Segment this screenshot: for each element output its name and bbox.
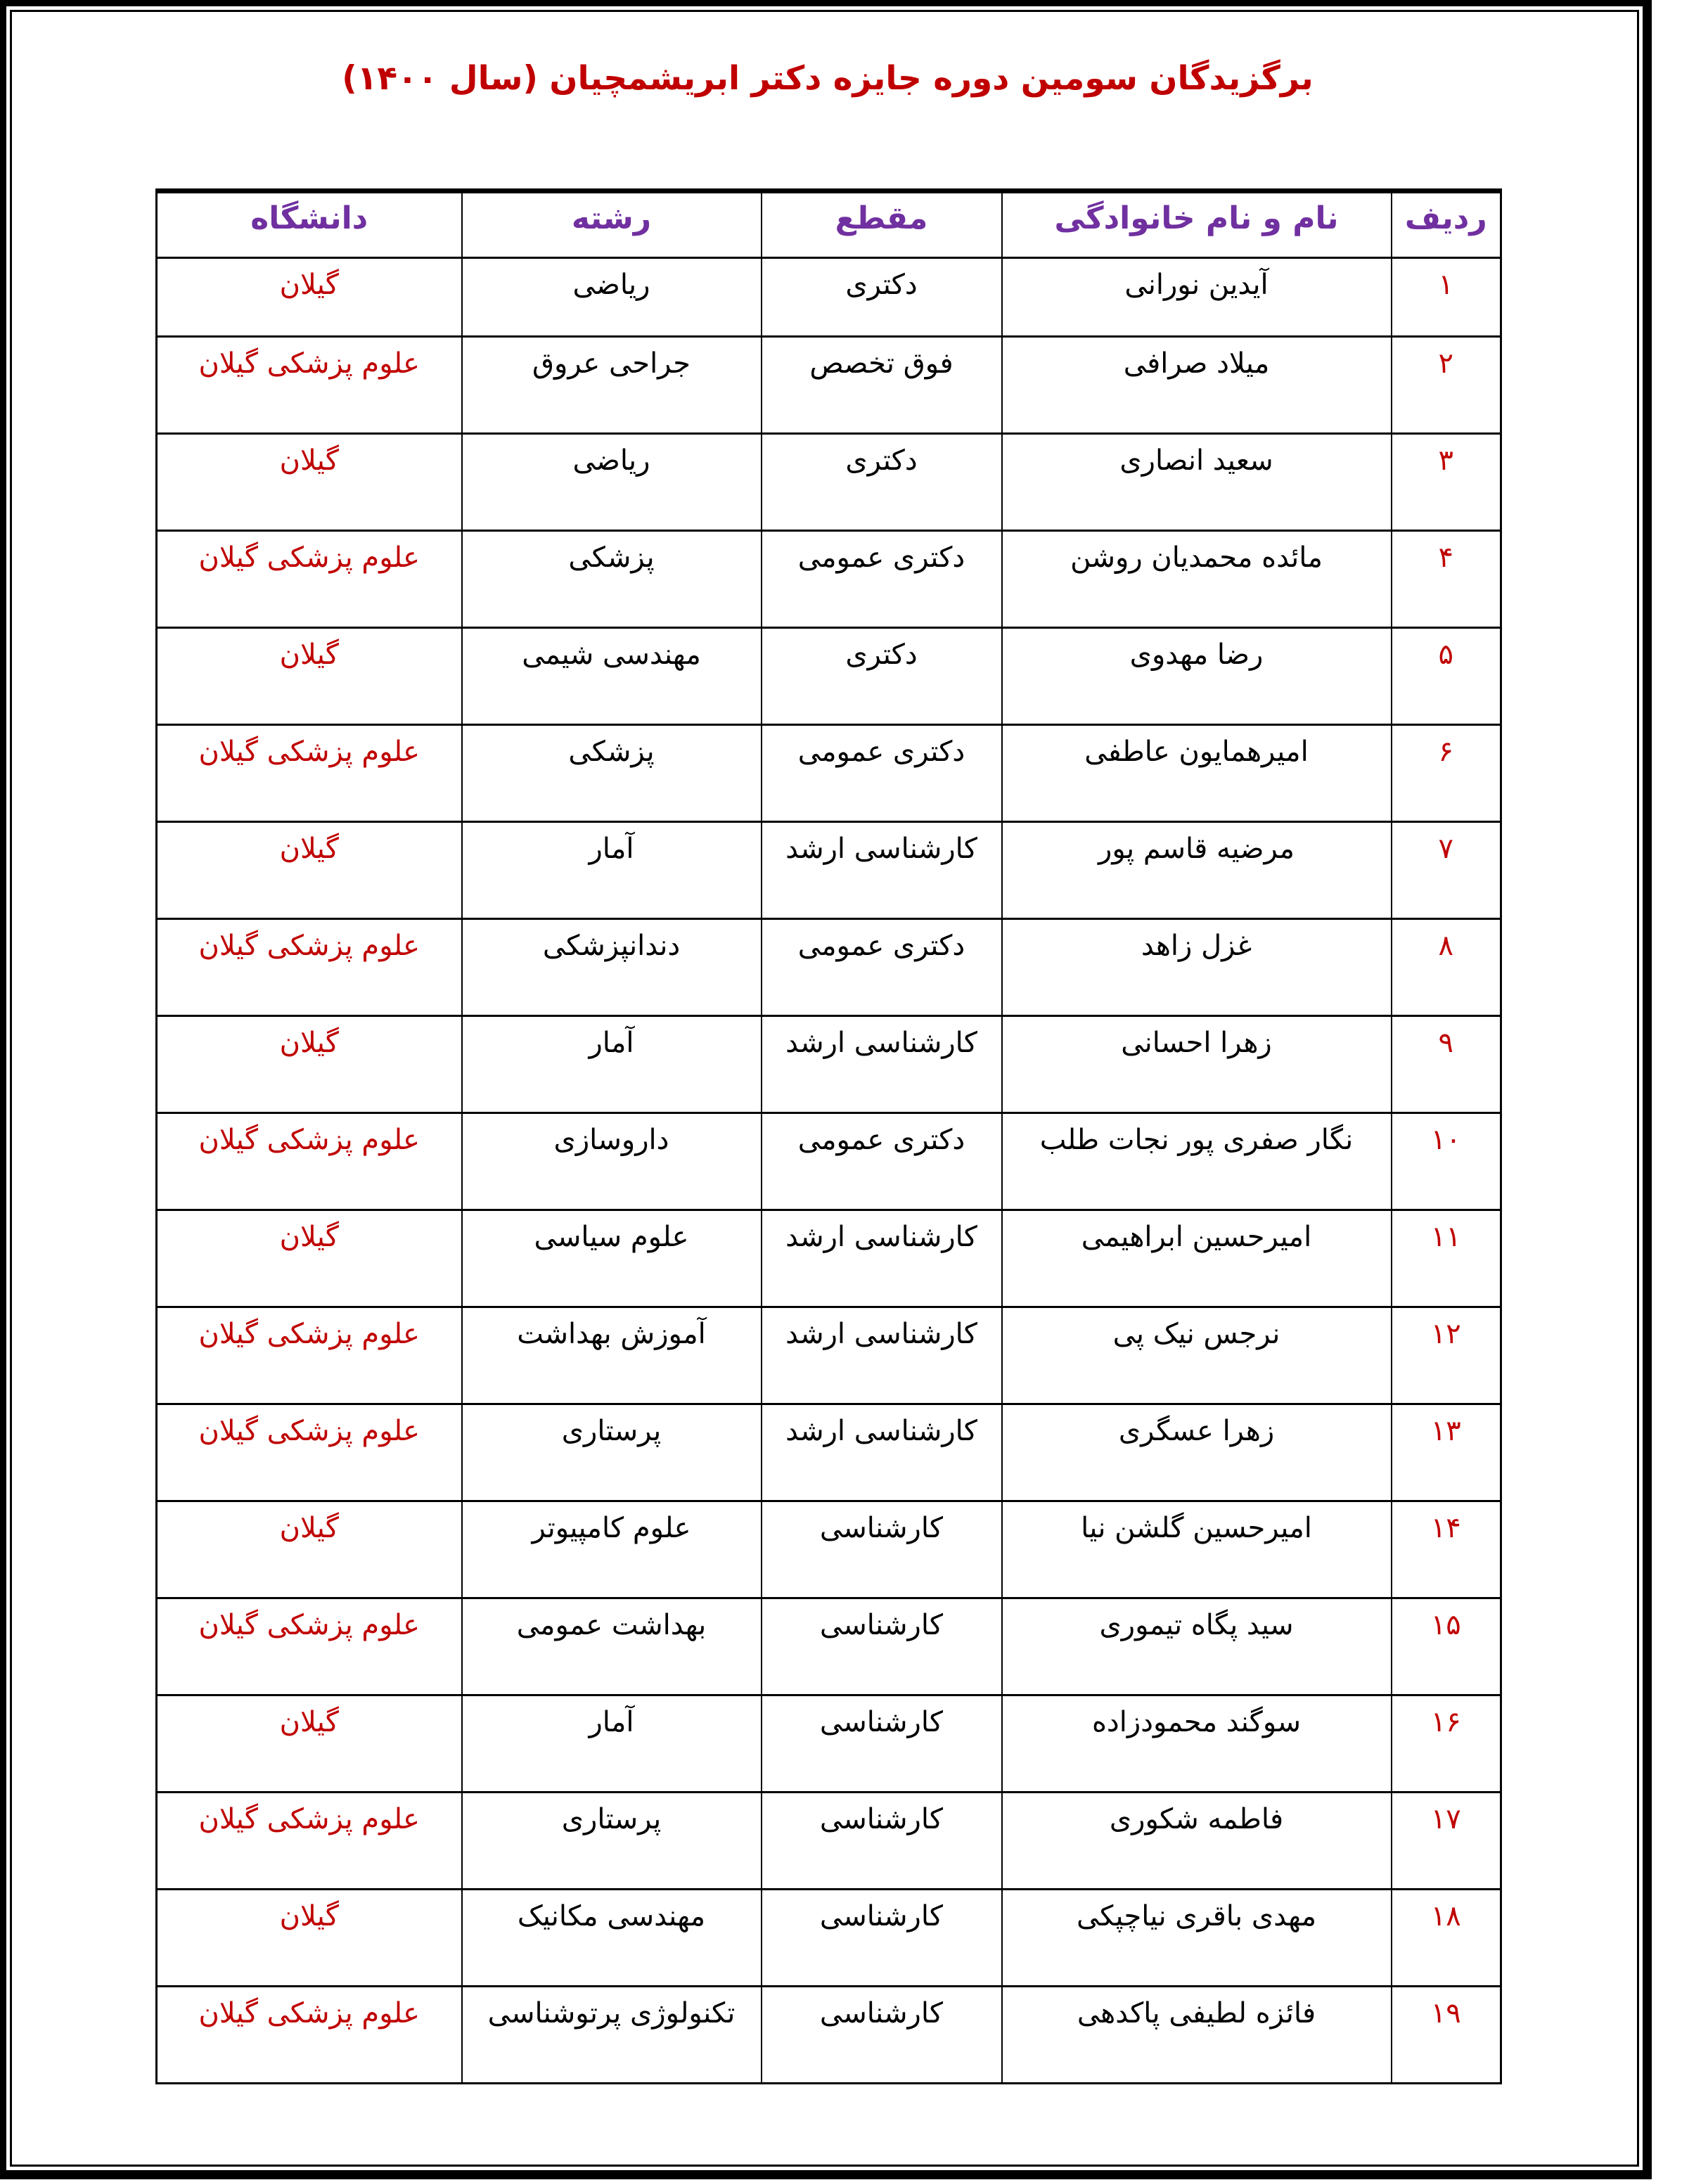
row-number-cell: ۱۸ (1392, 1890, 1501, 1987)
table-body: ۱ آیدین نورانی دکتری ریاضی گیلان ۲ میلاد… (157, 258, 1501, 2084)
major-cell: تکنولوژی پرتوشناسی (462, 1987, 762, 2084)
full-name-cell: زهرا عسگری (1002, 1404, 1392, 1501)
university-cell: علوم پزشکی گیلان (157, 1113, 462, 1210)
full-name-cell: نرجس نیک پی (1002, 1307, 1392, 1404)
full-name-cell: فائزه لطیفی پاکدهی (1002, 1987, 1392, 2084)
full-name-cell: سید پگاه تیموری (1002, 1598, 1392, 1695)
table-row: ۶ امیرهمایون عاطفی دکتری عمومی پزشکی علو… (157, 725, 1501, 822)
university-cell: گیلان (157, 1501, 462, 1598)
university-cell: علوم پزشکی گیلان (157, 337, 462, 434)
table-row: ۱۰ نگار صفری پور نجات طلب دکتری عمومی دا… (157, 1113, 1501, 1210)
table-row: ۱۵ سید پگاه تیموری کارشناسی بهداشت عمومی… (157, 1598, 1501, 1695)
degree-cell: دکتری (762, 434, 1002, 531)
full-name-cell: امیرحسین گلشن نیا (1002, 1501, 1392, 1598)
degree-cell: دکتری عمومی (762, 725, 1002, 822)
table-header-row: ردیف نام و نام خانوادگی مقطع رشته دانشگا… (157, 191, 1501, 258)
row-number-cell: ۳ (1392, 434, 1501, 531)
row-number-cell: ۱۲ (1392, 1307, 1501, 1404)
degree-cell: کارشناسی ارشد (762, 1210, 1002, 1307)
table-row: ۷ مرضیه قاسم پور کارشناسی ارشد آمار گیلا… (157, 822, 1501, 919)
university-cell: گیلان (157, 434, 462, 531)
full-name-cell: مرضیه قاسم پور (1002, 822, 1392, 919)
university-cell: علوم پزشکی گیلان (157, 1598, 462, 1695)
full-name-cell: امیرهمایون عاطفی (1002, 725, 1392, 822)
major-cell: آمار (462, 1695, 762, 1793)
full-name-cell: مائده محمدیان روشن (1002, 531, 1392, 628)
full-name-cell: فاطمه شکوری (1002, 1793, 1392, 1890)
full-name-cell: امیرحسین ابراهیمی (1002, 1210, 1392, 1307)
degree-cell: دکتری عمومی (762, 1113, 1002, 1210)
degree-cell: کارشناسی (762, 1987, 1002, 2084)
full-name-cell: آیدین نورانی (1002, 258, 1392, 337)
major-cell: علوم کامپیوتر (462, 1501, 762, 1598)
major-cell: مهندسی شیمی (462, 628, 762, 725)
table-row: ۱۲ نرجس نیک پی کارشناسی ارشد آموزش بهداش… (157, 1307, 1501, 1404)
full-name-cell: رضا مهدوی (1002, 628, 1392, 725)
university-cell: گیلان (157, 1210, 462, 1307)
winners-table: ردیف نام و نام خانوادگی مقطع رشته دانشگا… (155, 188, 1502, 2084)
major-cell: مهندسی مکانیک (462, 1890, 762, 1987)
university-cell: علوم پزشکی گیلان (157, 1404, 462, 1501)
major-cell: دندانپزشکی (462, 919, 762, 1016)
full-name-cell: سعید انصاری (1002, 434, 1392, 531)
row-number-cell: ۱۰ (1392, 1113, 1501, 1210)
university-cell: گیلان (157, 628, 462, 725)
degree-cell: کارشناسی (762, 1793, 1002, 1890)
major-cell: جراحی عروق (462, 337, 762, 434)
table-row: ۱ آیدین نورانی دکتری ریاضی گیلان (157, 258, 1501, 337)
major-cell: آمار (462, 1016, 762, 1113)
major-cell: آموزش بهداشت (462, 1307, 762, 1404)
row-number-cell: ۱۶ (1392, 1695, 1501, 1793)
table-row: ۱۱ امیرحسین ابراهیمی کارشناسی ارشد علوم … (157, 1210, 1501, 1307)
university-cell: گیلان (157, 1890, 462, 1987)
table-row: ۱۷ فاطمه شکوری کارشناسی پرستاری علوم پزش… (157, 1793, 1501, 1890)
full-name-cell: میلاد صرافی (1002, 337, 1392, 434)
major-cell: پرستاری (462, 1793, 762, 1890)
degree-cell: کارشناسی ارشد (762, 822, 1002, 919)
major-cell: ریاضی (462, 434, 762, 531)
table-row: ۱۳ زهرا عسگری کارشناسی ارشد پرستاری علوم… (157, 1404, 1501, 1501)
university-cell: علوم پزشکی گیلان (157, 1307, 462, 1404)
degree-cell: کارشناسی (762, 1890, 1002, 1987)
table-row: ۱۶ سوگند محمودزاده کارشناسی آمار گیلان (157, 1695, 1501, 1793)
row-number-cell: ۱۹ (1392, 1987, 1501, 2084)
university-cell: گیلان (157, 1695, 462, 1793)
document-page: برگزیدگان سومین دوره جایزه دکتر ابریشمچی… (0, 0, 1708, 2180)
major-cell: پرستاری (462, 1404, 762, 1501)
major-cell: داروسازی (462, 1113, 762, 1210)
row-number-cell: ۲ (1392, 337, 1501, 434)
major-cell: علوم سیاسی (462, 1210, 762, 1307)
column-header-full-name: نام و نام خانوادگی (1002, 191, 1392, 258)
degree-cell: فوق تخصص (762, 337, 1002, 434)
table-row: ۲ میلاد صرافی فوق تخصص جراحی عروق علوم پ… (157, 337, 1501, 434)
row-number-cell: ۱۱ (1392, 1210, 1501, 1307)
degree-cell: کارشناسی (762, 1695, 1002, 1793)
column-header-major: رشته (462, 191, 762, 258)
university-cell: گیلان (157, 1016, 462, 1113)
full-name-cell: مهدی باقری نیاچپکی (1002, 1890, 1392, 1987)
table-row: ۵ رضا مهدوی دکتری مهندسی شیمی گیلان (157, 628, 1501, 725)
row-number-cell: ۱ (1392, 258, 1501, 337)
university-cell: علوم پزشکی گیلان (157, 1987, 462, 2084)
university-cell: گیلان (157, 258, 462, 337)
column-header-degree: مقطع (762, 191, 1002, 258)
row-number-cell: ۷ (1392, 822, 1501, 919)
major-cell: پزشکی (462, 725, 762, 822)
page-title: برگزیدگان سومین دوره جایزه دکتر ابریشمچی… (155, 59, 1500, 98)
university-cell: گیلان (157, 822, 462, 919)
column-header-university: دانشگاه (157, 191, 462, 258)
university-cell: علوم پزشکی گیلان (157, 1793, 462, 1890)
degree-cell: کارشناسی (762, 1501, 1002, 1598)
table-row: ۸ غزل زاهد دکتری عمومی دندانپزشکی علوم پ… (157, 919, 1501, 1016)
degree-cell: دکتری (762, 258, 1002, 337)
degree-cell: کارشناسی ارشد (762, 1016, 1002, 1113)
row-number-cell: ۵ (1392, 628, 1501, 725)
full-name-cell: نگار صفری پور نجات طلب (1002, 1113, 1392, 1210)
table-row: ۳ سعید انصاری دکتری ریاضی گیلان (157, 434, 1501, 531)
full-name-cell: زهرا احسانی (1002, 1016, 1392, 1113)
degree-cell: دکتری (762, 628, 1002, 725)
row-number-cell: ۶ (1392, 725, 1501, 822)
row-number-cell: ۱۷ (1392, 1793, 1501, 1890)
major-cell: ریاضی (462, 258, 762, 337)
major-cell: بهداشت عمومی (462, 1598, 762, 1695)
column-header-row-number: ردیف (1392, 191, 1501, 258)
major-cell: آمار (462, 822, 762, 919)
row-number-cell: ۹ (1392, 1016, 1501, 1113)
full-name-cell: غزل زاهد (1002, 919, 1392, 1016)
table-row: ۴ مائده محمدیان روشن دکتری عمومی پزشکی ع… (157, 531, 1501, 628)
table-row: ۹ زهرا احسانی کارشناسی ارشد آمار گیلان (157, 1016, 1501, 1113)
university-cell: علوم پزشکی گیلان (157, 725, 462, 822)
degree-cell: کارشناسی ارشد (762, 1307, 1002, 1404)
row-number-cell: ۱۴ (1392, 1501, 1501, 1598)
table-row: ۱۹ فائزه لطیفی پاکدهی کارشناسی تکنولوژی … (157, 1987, 1501, 2084)
full-name-cell: سوگند محمودزاده (1002, 1695, 1392, 1793)
row-number-cell: ۸ (1392, 919, 1501, 1016)
degree-cell: کارشناسی ارشد (762, 1404, 1002, 1501)
major-cell: پزشکی (462, 531, 762, 628)
table-row: ۱۴ امیرحسین گلشن نیا کارشناسی علوم کامپی… (157, 1501, 1501, 1598)
degree-cell: دکتری عمومی (762, 531, 1002, 628)
row-number-cell: ۴ (1392, 531, 1501, 628)
university-cell: علوم پزشکی گیلان (157, 531, 462, 628)
degree-cell: دکتری عمومی (762, 919, 1002, 1016)
row-number-cell: ۱۳ (1392, 1404, 1501, 1501)
table-row: ۱۸ مهدی باقری نیاچپکی کارشناسی مهندسی مک… (157, 1890, 1501, 1987)
university-cell: علوم پزشکی گیلان (157, 919, 462, 1016)
row-number-cell: ۱۵ (1392, 1598, 1501, 1695)
degree-cell: کارشناسی (762, 1598, 1002, 1695)
